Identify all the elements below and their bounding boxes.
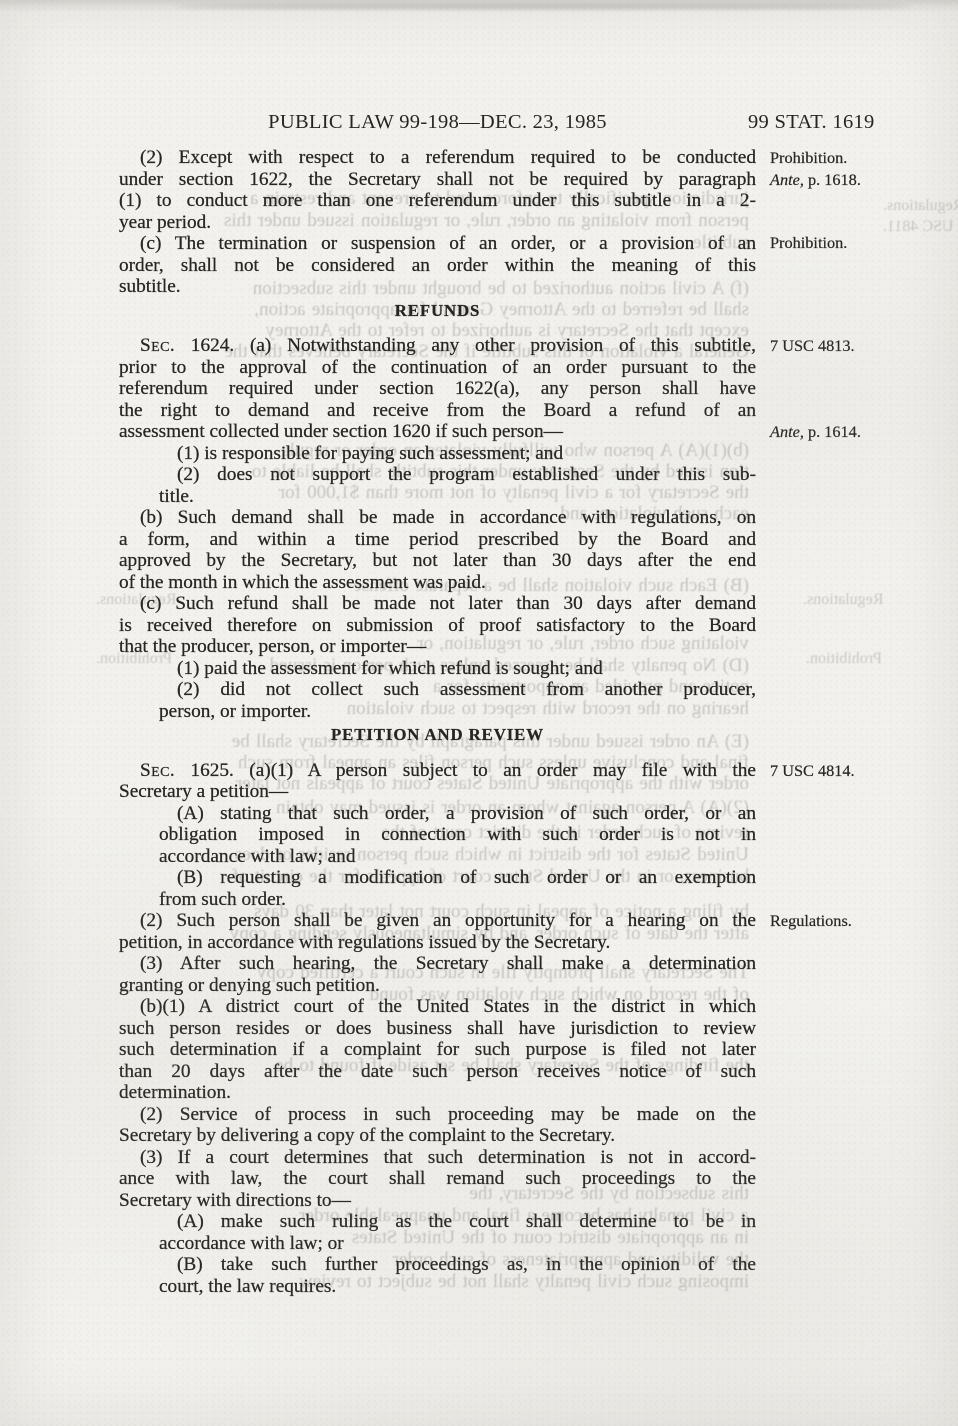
- body-line: the right to demand and receive from the…: [119, 400, 756, 422]
- body-line: that the producer, person, or importer—: [119, 636, 756, 658]
- margin-note: Ante, p. 1614.: [770, 422, 861, 443]
- body-line: (2) Service of process in such proceedin…: [119, 1104, 756, 1126]
- margin-note: 7 USC 4814.: [770, 761, 855, 782]
- body-line: title.: [119, 486, 756, 508]
- statute-text-column: (2) Except with respect to a referendum …: [119, 147, 756, 1297]
- running-head-law-title: PUBLIC LAW 99-198—DEC. 23, 1985: [119, 111, 756, 134]
- margin-note: Regulations.: [770, 911, 852, 932]
- section-heading: REFUNDS: [119, 300, 756, 322]
- body-line: (1) to conduct more than one referendum …: [119, 190, 756, 212]
- margin-note: 7 USC 4813.: [770, 336, 855, 357]
- margin-note-text: Regulations.: [770, 911, 852, 930]
- body-line: (A) stating that such order, a provision…: [119, 803, 756, 825]
- body-line: (3) If a court determines that such dete…: [119, 1147, 756, 1169]
- body-line: (2) did not collect such assessment from…: [119, 679, 756, 701]
- margin-note-text: p. 1618.: [804, 170, 861, 189]
- margin-note-text: 7 USC 4814.: [770, 761, 855, 780]
- scan-top-edge-streak: [175, 4, 913, 9]
- body-line: (A) make such ruling as the court shall …: [119, 1211, 756, 1233]
- body-line: (c) Such refund shall be made not later …: [119, 593, 756, 615]
- body-line: Secretary a petition—: [119, 781, 756, 803]
- running-head-stat-page: 99 STAT. 1619: [748, 111, 875, 134]
- body-line: (2) Such person shall be given an opport…: [119, 910, 756, 932]
- body-line: (2) does not support the program establi…: [119, 464, 756, 486]
- section-heading: PETITION AND REVIEW: [119, 724, 756, 746]
- body-line: granting or denying such petition.: [119, 975, 756, 997]
- margin-note: Ante, p. 1618.: [770, 170, 861, 191]
- body-line: assessment collected under section 1620 …: [119, 421, 756, 443]
- body-line: (B) take such further proceedings as, in…: [119, 1254, 756, 1276]
- margin-note-text: Prohibition.: [770, 148, 847, 167]
- body-line: (b) Such demand shall be made in accorda…: [119, 507, 756, 529]
- body-line: (c) The termination or suspension of an …: [119, 233, 756, 255]
- margin-note-italic-text: Ante,: [770, 422, 804, 441]
- margin-note-text: 7 USC 4813.: [770, 336, 855, 355]
- body-line: approved by the Secretary, but not later…: [119, 550, 756, 572]
- body-line: court, the law requires.: [119, 1276, 756, 1298]
- body-line: accordance with law; and: [119, 846, 756, 868]
- body-line: Secretary by delivering a copy of the co…: [119, 1125, 756, 1147]
- body-line: accordance with law; or: [119, 1233, 756, 1255]
- body-line: prior to the approval of the continuatio…: [119, 357, 756, 379]
- body-line: person, or importer.: [119, 701, 756, 723]
- body-line: Sec. 1625. (a)(1) A person subject to an…: [119, 760, 756, 782]
- margin-note-text: Prohibition.: [770, 233, 847, 252]
- margin-note-italic-text: Ante,: [770, 170, 804, 189]
- body-line: (2) Except with respect to a referendum …: [119, 147, 756, 169]
- body-line: such person resides or does business sha…: [119, 1018, 756, 1040]
- scanned-statute-page: { "page": { "paper_color": "#f2f1ed", "i…: [0, 0, 958, 1426]
- body-line: such determination if a complaint for su…: [119, 1039, 756, 1061]
- section-label: Sec.: [140, 760, 175, 781]
- body-line: a form, and within a time period prescri…: [119, 529, 756, 551]
- body-line: determination.: [119, 1082, 756, 1104]
- section-lead-text: 1625. (a)(1) A person subject to an orde…: [175, 760, 756, 781]
- body-line: than 20 days after the date such person …: [119, 1061, 756, 1083]
- body-line: Secretary with directions to—: [119, 1190, 756, 1212]
- body-line: ance with law, the court shall remand su…: [119, 1168, 756, 1190]
- ghost-margin-note: Regulations.: [883, 197, 958, 215]
- body-line: petition, in accordance with regulations…: [119, 932, 756, 954]
- body-line: (B) requesting a modification of such or…: [119, 867, 756, 889]
- body-line: subtitle.: [119, 276, 756, 298]
- body-line: Sec. 1624. (a) Notwithstanding any other…: [119, 335, 756, 357]
- body-line: (b)(1) A district court of the United St…: [119, 996, 756, 1018]
- body-line: under section 1622, the Secretary shall …: [119, 169, 756, 191]
- body-line: of the month in which the assessment was…: [119, 572, 756, 594]
- body-line: obligation imposed in connection with su…: [119, 824, 756, 846]
- body-line: referendum required under section 1622(a…: [119, 378, 756, 400]
- body-line: (3) After such hearing, the Secretary sh…: [119, 953, 756, 975]
- ghost-margin-note: Regulations.: [803, 591, 883, 609]
- margin-note: Prohibition.: [770, 148, 847, 169]
- margin-note: Prohibition.: [770, 233, 847, 254]
- ghost-margin-note: Prohibition.: [806, 650, 882, 668]
- margin-note-text: p. 1614.: [804, 422, 861, 441]
- section-lead-text: 1624. (a) Notwithstanding any other prov…: [175, 335, 756, 356]
- body-line: (1) is responsible for paying such asses…: [119, 443, 756, 465]
- ghost-margin-note: 7 USC 4811.: [883, 218, 958, 236]
- body-line: from such order.: [119, 889, 756, 911]
- body-line: is received therefore on submission of p…: [119, 615, 756, 637]
- section-label: Sec.: [140, 335, 175, 356]
- body-line: order, shall not be considered an order …: [119, 255, 756, 277]
- body-line: year period.: [119, 212, 756, 234]
- body-line: (1) paid the assessment for which refund…: [119, 658, 756, 680]
